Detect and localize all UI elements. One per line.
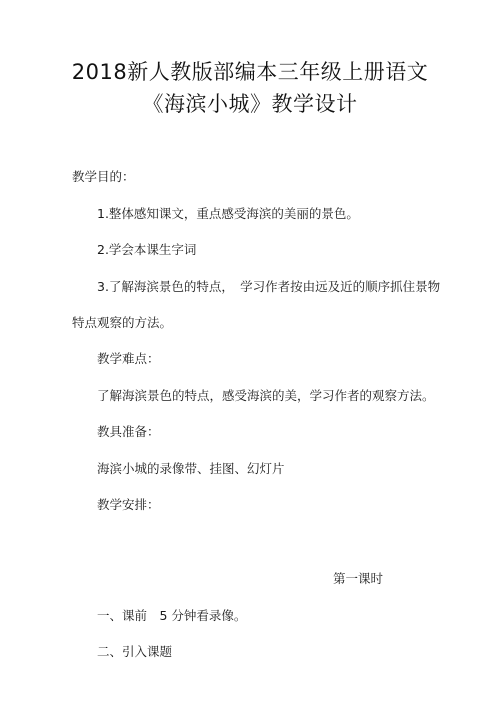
objective-item-1: 1.整体感知课文，重点感受海滨的美丽的景色。 [97,205,359,223]
section-heading-difficulties: 教学难点： [97,350,160,368]
document-title-line-1: 2018新人教版部编本三年级上册语文 [0,58,500,86]
step-2: 二、引入课题 [97,643,172,661]
section-heading-materials: 教具准备： [97,423,160,441]
difficulties-text: 了解海滨景色的特点，感受海滨的美，学习作者的观察方法。 [97,387,435,405]
objective-item-2: 2.学会本课生字词 [97,241,196,259]
objective-item-3-continued: 特点观察的方法。 [72,314,172,332]
document-page: 2018新人教版部编本三年级上册语文 《海滨小城》教学设计 教学目的： 1.整体… [0,0,500,708]
step-1: 一、课前 5 分钟看录像。 [97,607,246,625]
section-heading-arrangement: 教学安排： [97,496,160,514]
objective-item-3: 3.了解海滨景色的特点， 学习作者按由远及近的顺序抓住景物 [97,278,440,296]
materials-text: 海滨小城的录像带、挂图、幻灯片 [97,460,285,478]
lesson-period-heading: 第一课时 [333,570,383,588]
document-title-line-2: 《海滨小城》教学设计 [0,90,500,118]
section-heading-objectives: 教学目的： [72,168,135,186]
